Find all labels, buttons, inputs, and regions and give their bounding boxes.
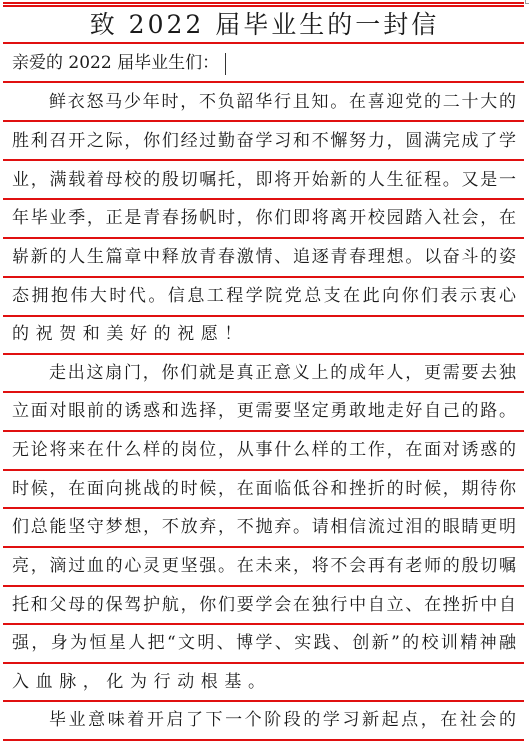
paragraph-line: 毕业意味着开启了下一个阶段的学习新起点，在社会的 bbox=[12, 701, 516, 739]
paragraph-line: 走出这扇门，你们就是真正意义上的成年人，更需要去独 bbox=[12, 354, 516, 392]
paragraph-line: 年毕业季，正是青春扬帆时，你们即将离开校园踏入社会，在 bbox=[12, 199, 516, 237]
paragraph-line: 胜利召开之际，你们经过勤奋学习和不懈努力，圆满完成了学 bbox=[12, 122, 516, 160]
greeting-text: 亲爱的 2022 届毕业生们： bbox=[12, 53, 219, 73]
paragraph-line: 亮，滴过血的心灵更坚强。在未来，将不会再有老师的殷切嘱 bbox=[12, 547, 516, 585]
paragraph-line: 业，满载着母校的殷切嘱托，即将开始新的人生征程。又是一 bbox=[12, 161, 516, 199]
paragraph-line: 无论将来在什么样的岗位，从事什么样的工作，在面对诱惑的 bbox=[12, 431, 516, 469]
paragraph-line: 态拥抱伟大时代。信息工程学院党总支在此向你们表示衷心 bbox=[12, 277, 516, 315]
paragraph-line: 托和父母的保驾护航，你们要学会在独行中自立、在挫折中自 bbox=[12, 586, 516, 624]
top-rule-1 bbox=[3, 2, 524, 4]
rule-line bbox=[3, 739, 524, 741]
greeting-line[interactable]: 亲爱的 2022 届毕业生们： bbox=[12, 44, 516, 82]
paragraph-line: 的祝贺和美好的祝愿！ bbox=[12, 315, 516, 353]
paragraph-line: 入血脉，化为行动根基。 bbox=[12, 663, 516, 701]
paragraph-line: 强，身为恒星人把“文明、博学、实践、创新”的校训精神融 bbox=[12, 624, 516, 662]
paragraph-line: 时候，在面向挑战的时候，在面临低谷和挫折的时候，期待你 bbox=[12, 470, 516, 508]
paragraph-line: 鲜衣怒马少年时，不负韶华行且知。在喜迎党的二十大的 bbox=[12, 83, 516, 121]
paragraph-line: 崭新的人生篇章中释放青春激情、追逐青春理想。以奋斗的姿 bbox=[12, 238, 516, 276]
text-cursor bbox=[225, 53, 226, 75]
letter-title: 致 2022 届毕业生的一封信 bbox=[0, 6, 529, 43]
paragraph-line: 立面对眼前的诱惑和选择，更需要坚定勇敢地走好自己的路。 bbox=[12, 392, 516, 430]
page-corner-mark bbox=[525, 0, 529, 4]
paragraph-line: 们总能坚守梦想，不放弃，不抛弃。请相信流过泪的眼睛更明 bbox=[12, 508, 516, 546]
